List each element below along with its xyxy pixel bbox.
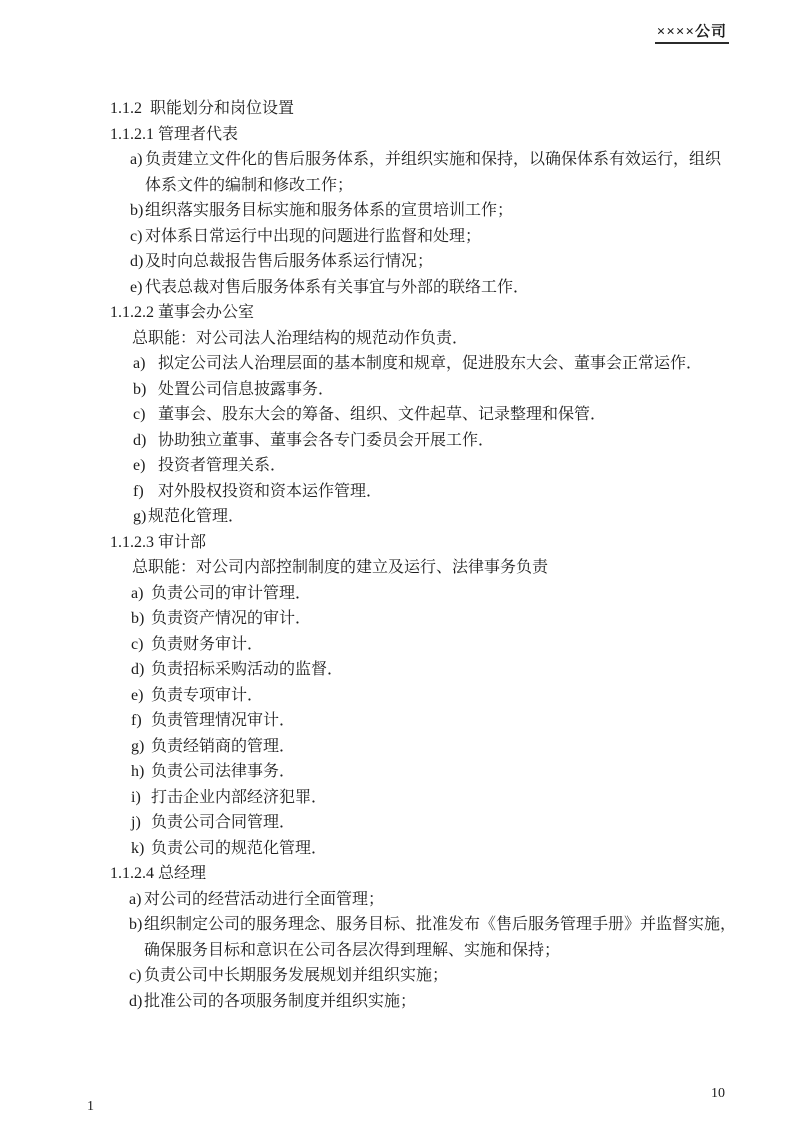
section-intro: 总职能：对公司内部控制制度的建立及运行、法律事务负责 <box>110 555 740 581</box>
text-line: 负责资产情况的审计． <box>151 606 740 632</box>
text-line: 负责公司法律事务． <box>151 759 740 785</box>
text-line: 代表总裁对售后服务体系有关事宜与外部的联络工作． <box>145 275 740 301</box>
item-text: 组织落实服务目标实施和服务体系的宣贯培训工作； <box>145 198 740 224</box>
item-text: 负责建立文件化的售后服务体系，并组织实施和保持，以确保体系有效运行，组织 体系文… <box>145 147 740 198</box>
item-text: 投资者管理关系． <box>158 453 740 479</box>
text-line: 负责经销商的管理． <box>151 734 740 760</box>
item-text: 负责公司法律事务． <box>151 759 740 785</box>
list-item: a) 负责公司的审计管理． <box>110 581 740 607</box>
list-item: j) 负责公司合同管理． <box>110 810 740 836</box>
item-text: 负责经销商的管理． <box>151 734 740 760</box>
item-marker: a) <box>130 147 145 173</box>
item-marker: b) <box>130 198 145 224</box>
list-item: b) 组织制定公司的服务理念、服务目标、批准发布《售后服务管理手册》并监督实施，… <box>110 912 740 963</box>
item-text: 负责管理情况审计． <box>151 708 740 734</box>
item-marker: d) <box>129 989 144 1015</box>
text-line: 负责公司的审计管理． <box>151 581 740 607</box>
item-text: 负责公司中长期服务发展规划并组织实施； <box>144 963 740 989</box>
text-line: 批准公司的各项服务制度并组织实施； <box>144 989 740 1015</box>
item-marker: g) <box>133 504 148 530</box>
list-item: d) 批准公司的各项服务制度并组织实施； <box>110 989 740 1015</box>
item-marker: b) <box>131 606 151 632</box>
item-marker: b) <box>129 912 144 938</box>
text-line: 及时向总裁报告售后服务体系运行情况； <box>145 249 740 275</box>
list-item: b) 负责资产情况的审计． <box>110 606 740 632</box>
list-item: c) 对体系日常运行中出现的问题进行监督和处理； <box>110 224 740 250</box>
item-text: 负责专项审计． <box>151 683 740 709</box>
item-text: 负责招标采购活动的监督． <box>151 657 740 683</box>
list-item: i) 打击企业内部经济犯罪． <box>110 785 740 811</box>
item-text: 打击企业内部经济犯罪． <box>151 785 740 811</box>
list-item: c) 负责公司中长期服务发展规划并组织实施； <box>110 963 740 989</box>
item-marker: c) <box>129 963 144 989</box>
text-line: 体系文件的编制和修改工作； <box>145 173 740 199</box>
section-heading-1-1-2-4: 1.1.2.4 总经理 <box>110 861 740 887</box>
list-item: e) 投资者管理关系． <box>110 453 740 479</box>
list-1-1-2-4: a) 对公司的经营活动进行全面管理； b) 组织制定公司的服务理念、服务目标、批… <box>110 887 740 1015</box>
list-1-1-2-2: a) 拟定公司法人治理层面的基本制度和规章，促进股东大会、董事会正常运作． b)… <box>110 351 740 530</box>
item-text: 拟定公司法人治理层面的基本制度和规章，促进股东大会、董事会正常运作． <box>158 351 740 377</box>
text-line: 组织落实服务目标实施和服务体系的宣贯培训工作； <box>145 198 740 224</box>
list-item: g) 负责经销商的管理． <box>110 734 740 760</box>
text-line: 负责公司合同管理． <box>151 810 740 836</box>
item-marker: f) <box>133 479 158 505</box>
item-text: 负责资产情况的审计． <box>151 606 740 632</box>
document-body: 1.1.2 职能划分和岗位设置 1.1.2.1 管理者代表 a) 负责建立文件化… <box>110 96 740 1014</box>
item-marker: e) <box>133 453 158 479</box>
list-1-1-2-3: a) 负责公司的审计管理． b) 负责资产情况的审计． c) 负责财务审计． d… <box>110 581 740 862</box>
item-text: 处置公司信息披露事务． <box>158 377 740 403</box>
text-line: 董事会、股东大会的筹备、组织、文件起草、记录整理和保管． <box>158 402 740 428</box>
text-line: 负责管理情况审计． <box>151 708 740 734</box>
list-item: f) 对外股权投资和资本运作管理． <box>110 479 740 505</box>
section-heading-1-1-2-2: 1.1.2.2 董事会办公室 <box>110 300 740 326</box>
item-text: 董事会、股东大会的筹备、组织、文件起草、记录整理和保管． <box>158 402 740 428</box>
item-marker: a) <box>131 581 151 607</box>
item-marker: j) <box>131 810 151 836</box>
document-page: ××××公司 1.1.2 职能划分和岗位设置 1.1.2.1 管理者代表 a) … <box>0 0 793 1122</box>
item-marker: a) <box>129 887 144 913</box>
item-marker: k) <box>131 836 151 862</box>
text-line: 对体系日常运行中出现的问题进行监督和处理； <box>145 224 740 250</box>
list-item: c) 负责财务审计． <box>110 632 740 658</box>
list-item: h) 负责公司法律事务． <box>110 759 740 785</box>
text-line: 负责公司中长期服务发展规划并组织实施； <box>144 963 740 989</box>
text-line: 对公司的经营活动进行全面管理； <box>144 887 740 913</box>
page-number: 10 <box>711 1086 725 1102</box>
item-text: 对公司的经营活动进行全面管理； <box>144 887 740 913</box>
text-line: 负责建立文件化的售后服务体系，并组织实施和保持，以确保体系有效运行，组织 <box>145 147 740 173</box>
item-marker: d) <box>130 249 145 275</box>
text-line: 处置公司信息披露事务． <box>158 377 740 403</box>
list-item: a) 对公司的经营活动进行全面管理； <box>110 887 740 913</box>
item-marker: d) <box>131 657 151 683</box>
item-text: 代表总裁对售后服务体系有关事宜与外部的联络工作． <box>145 275 740 301</box>
item-marker: f) <box>131 708 151 734</box>
item-text: 及时向总裁报告售后服务体系运行情况； <box>145 249 740 275</box>
list-item: b) 组织落实服务目标实施和服务体系的宣贯培训工作； <box>110 198 740 224</box>
item-marker: e) <box>131 683 151 709</box>
item-text: 对体系日常运行中出现的问题进行监督和处理； <box>145 224 740 250</box>
section-heading-1-1-2-1: 1.1.2.1 管理者代表 <box>110 122 740 148</box>
text-line: 协助独立董事、董事会各专门委员会开展工作． <box>158 428 740 454</box>
item-marker: g) <box>131 734 151 760</box>
section-intro: 总职能：对公司法人治理结构的规范动作负责． <box>110 326 740 352</box>
list-item: g) 规范化管理． <box>110 504 740 530</box>
list-1-1-2-1: a) 负责建立文件化的售后服务体系，并组织实施和保持，以确保体系有效运行，组织 … <box>110 147 740 300</box>
item-marker: a) <box>133 351 158 377</box>
footer-left-number: 1 <box>87 1099 94 1115</box>
section-heading-1-1-2-3: 1.1.2.3 审计部 <box>110 530 740 556</box>
text-line: 组织制定公司的服务理念、服务目标、批准发布《售后服务管理手册》并监督实施， <box>144 912 740 938</box>
list-item: d) 及时向总裁报告售后服务体系运行情况； <box>110 249 740 275</box>
text-line: 对外股权投资和资本运作管理． <box>158 479 740 505</box>
list-item: e) 代表总裁对售后服务体系有关事宜与外部的联络工作． <box>110 275 740 301</box>
text-line: 拟定公司法人治理层面的基本制度和规章，促进股东大会、董事会正常运作． <box>158 351 740 377</box>
item-marker: d) <box>133 428 158 454</box>
list-item: k) 负责公司的规范化管理． <box>110 836 740 862</box>
text-line: 负责专项审计． <box>151 683 740 709</box>
item-marker: c) <box>131 632 151 658</box>
list-item: b) 处置公司信息披露事务． <box>110 377 740 403</box>
text-line: 负责公司的规范化管理． <box>151 836 740 862</box>
item-marker: h) <box>131 759 151 785</box>
item-text: 负责公司的规范化管理． <box>151 836 740 862</box>
text-line: 规范化管理． <box>148 504 740 530</box>
item-marker: c) <box>130 224 145 250</box>
item-text: 规范化管理． <box>148 504 740 530</box>
item-marker: e) <box>130 275 145 301</box>
list-item: f) 负责管理情况审计． <box>110 708 740 734</box>
list-item: d) 负责招标采购活动的监督． <box>110 657 740 683</box>
item-marker: c) <box>133 402 158 428</box>
item-text: 协助独立董事、董事会各专门委员会开展工作． <box>158 428 740 454</box>
section-heading-1-1-2: 1.1.2 职能划分和岗位设置 <box>110 96 740 122</box>
text-line: 打击企业内部经济犯罪． <box>151 785 740 811</box>
item-marker: b) <box>133 377 158 403</box>
item-text: 对外股权投资和资本运作管理． <box>158 479 740 505</box>
list-item: a) 负责建立文件化的售后服务体系，并组织实施和保持，以确保体系有效运行，组织 … <box>110 147 740 198</box>
item-text: 负责公司的审计管理． <box>151 581 740 607</box>
item-text: 负责财务审计． <box>151 632 740 658</box>
list-item: d) 协助独立董事、董事会各专门委员会开展工作． <box>110 428 740 454</box>
item-text: 批准公司的各项服务制度并组织实施； <box>144 989 740 1015</box>
text-line: 负责财务审计． <box>151 632 740 658</box>
text-line: 负责招标采购活动的监督． <box>151 657 740 683</box>
list-item: a) 拟定公司法人治理层面的基本制度和规章，促进股东大会、董事会正常运作． <box>110 351 740 377</box>
item-text: 组织制定公司的服务理念、服务目标、批准发布《售后服务管理手册》并监督实施， 确保… <box>144 912 740 963</box>
list-item: c) 董事会、股东大会的筹备、组织、文件起草、记录整理和保管． <box>110 402 740 428</box>
text-line: 投资者管理关系． <box>158 453 740 479</box>
text-line: 确保服务目标和意识在公司各层次得到理解、实施和保持； <box>144 938 740 964</box>
item-marker: i) <box>131 785 151 811</box>
item-text: 负责公司合同管理． <box>151 810 740 836</box>
company-name-header: ××××公司 <box>655 20 729 44</box>
list-item: e) 负责专项审计． <box>110 683 740 709</box>
